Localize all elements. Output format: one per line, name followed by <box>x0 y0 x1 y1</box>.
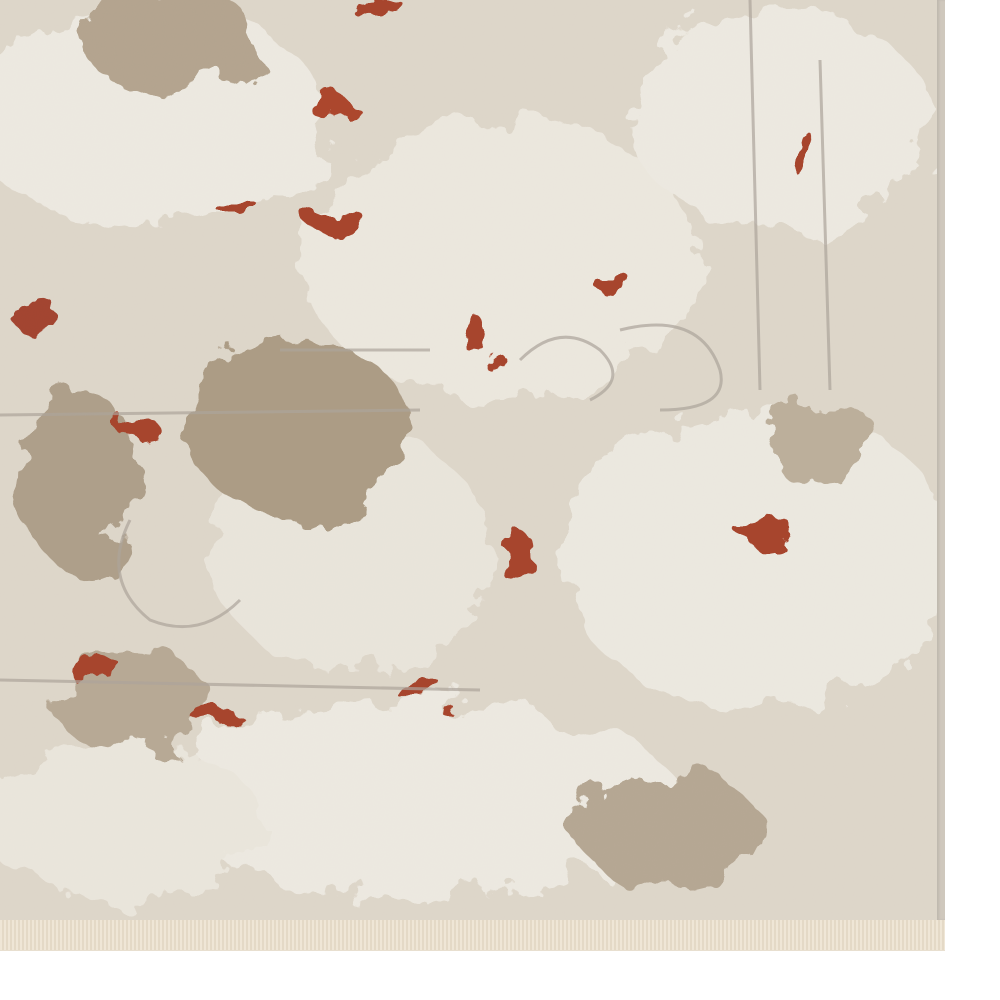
rug <box>0 0 945 920</box>
rug-fringe <box>0 920 945 951</box>
rug-edge-binding <box>937 0 945 920</box>
rug-pattern <box>0 0 945 920</box>
